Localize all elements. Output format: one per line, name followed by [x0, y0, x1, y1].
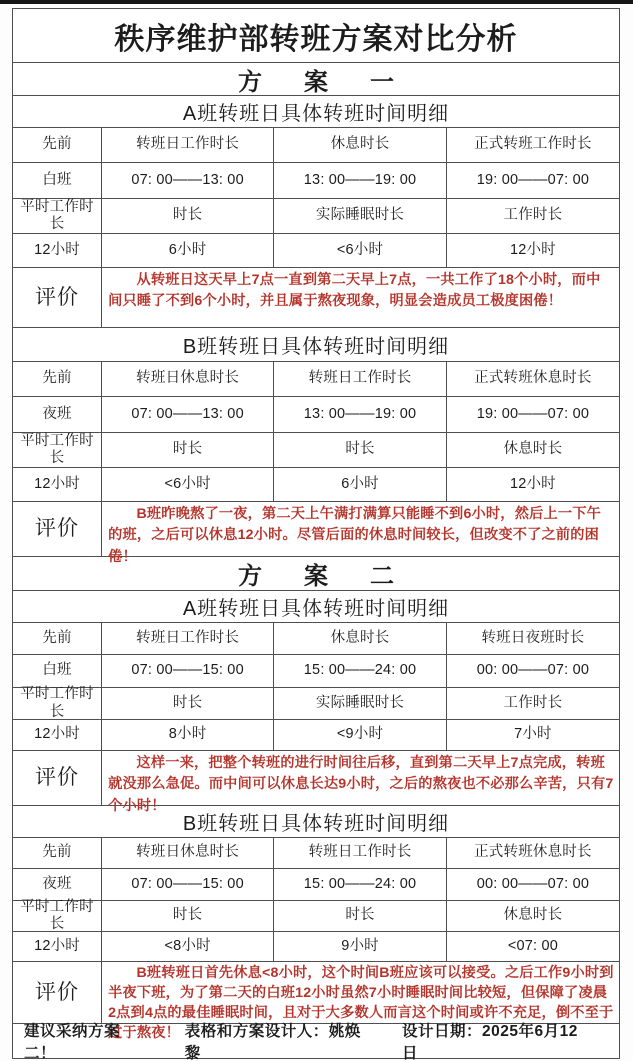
top-edge-bar — [0, 0, 633, 4]
table-cell: 时长 — [274, 433, 447, 467]
table-cell: 转班日休息时长 — [102, 838, 274, 868]
table-cell: 工作时长 — [447, 199, 619, 233]
table-cell: 休息时长 — [274, 128, 447, 162]
table-cell: 转班日工作时长 — [102, 128, 274, 162]
table-row: 先前 转班日工作时长 休息时长 正式转班工作时长 — [13, 128, 619, 163]
table-cell: 实际睡眠时长 — [274, 199, 447, 233]
comparison-table: 秩序维护部转班方案对比分析 方案一 A班转班日具体转班时间明细 先前 转班日工作… — [12, 8, 620, 1059]
table-row: 白班 07: 00——15: 00 15: 00——24: 00 00: 00—… — [13, 655, 619, 688]
footer-designer: 表格和方案设计人：姚焕黎 — [185, 1019, 372, 1061]
table-cell: <6小时 — [274, 234, 447, 267]
table-cell: 转班日工作时长 — [102, 623, 274, 654]
table-cell: 12小时 — [447, 468, 619, 501]
evaluation-label: 评价 — [13, 962, 102, 1023]
table-cell: 平时工作时长 — [13, 433, 102, 467]
table-cell: 12小时 — [13, 932, 102, 961]
table-row: 12小时 6小时 <6小时 12小时 — [13, 234, 619, 268]
table-cell: 7小时 — [447, 720, 619, 750]
evaluation-label: 评价 — [13, 268, 102, 327]
table-cell: 07: 00——15: 00 — [102, 869, 274, 900]
table-cell: <6小时 — [102, 468, 274, 501]
table-cell: 转班日工作时长 — [274, 838, 447, 868]
table-cell: 先前 — [13, 623, 102, 654]
table-row: 先前 转班日休息时长 转班日工作时长 正式转班休息时长 — [13, 838, 619, 869]
table-cell: 15: 00——24: 00 — [274, 869, 447, 900]
table-cell: 12小时 — [13, 234, 102, 267]
table-cell: 转班日夜班时长 — [447, 623, 619, 654]
table-cell: 8小时 — [102, 720, 274, 750]
evaluation-text: 从转班日这天早上7点一直到第二天早上7点，一共工作了18个小时，而中间只睡了不到… — [102, 268, 619, 327]
evaluation-row: 评价 B班转班日首先休息<8小时，这个时间B班应该可以接受。之后工作9小时到半夜… — [13, 962, 619, 1024]
table-row: 平时工作时长 时长 实际睡眠时长 工作时长 — [13, 688, 619, 720]
footer-date: 设计日期：2025年6月12日 — [402, 1019, 589, 1061]
evaluation-text: 这样一来，把整个转班的进行时间往后移，直到第二天早上7点完成，转班就没那么急促。… — [102, 751, 619, 805]
table-row: 12小时 <8小时 9小时 <07: 00 — [13, 932, 619, 962]
table-cell: 先前 — [13, 362, 102, 396]
table-row: 先前 转班日工作时长 休息时长 转班日夜班时长 — [13, 623, 619, 655]
table-cell: 时长 — [102, 688, 274, 719]
table-cell: 6小时 — [274, 468, 447, 501]
table-cell: 正式转班休息时长 — [447, 838, 619, 868]
table-cell: 休息时长 — [447, 433, 619, 467]
table-cell: 00: 00——07: 00 — [447, 655, 619, 687]
table-cell: 白班 — [13, 163, 102, 198]
table-row: 夜班 07: 00——15: 00 15: 00——24: 00 00: 00—… — [13, 869, 619, 901]
table-cell: 19: 00——07: 00 — [447, 397, 619, 432]
table-row: 先前 转班日休息时长 转班日工作时长 正式转班休息时长 — [13, 362, 619, 397]
table-row: 平时工作时长 时长 时长 休息时长 — [13, 901, 619, 932]
table-row: 平时工作时长 时长 时长 休息时长 — [13, 433, 619, 468]
table-cell: 休息时长 — [447, 901, 619, 931]
table-cell: <9小时 — [274, 720, 447, 750]
table-cell: 12小时 — [447, 234, 619, 267]
table-cell: 夜班 — [13, 869, 102, 900]
table-cell: 07: 00——15: 00 — [102, 655, 274, 687]
table-cell: 正式转班休息时长 — [447, 362, 619, 396]
table-cell: 15: 00——24: 00 — [274, 655, 447, 687]
table-cell: 白班 — [13, 655, 102, 687]
page-title: 秩序维护部转班方案对比分析 — [13, 9, 619, 63]
plan1-tableA-title: A班转班日具体转班时间明细 — [13, 96, 619, 128]
table-cell: 00: 00——07: 00 — [447, 869, 619, 900]
table-cell: <8小时 — [102, 932, 274, 961]
evaluation-text: B班转班日首先休息<8小时，这个时间B班应该可以接受。之后工作9小时到半夜下班，… — [102, 962, 619, 1023]
evaluation-row: 评价 B班昨晚熬了一夜，第二天上午满打满算只能睡不到6小时，然后上一下午的班，之… — [13, 502, 619, 557]
table-cell: 正式转班工作时长 — [447, 128, 619, 162]
table-cell: 12小时 — [13, 468, 102, 501]
evaluation-text-inner: 从转班日这天早上7点一直到第二天早上7点，一共工作了18个小时，而中间只睡了不到… — [108, 270, 614, 313]
table-row: 夜班 07: 00——13: 00 13: 00——19: 00 19: 00—… — [13, 397, 619, 433]
table-cell: 13: 00——19: 00 — [274, 397, 447, 432]
plan2-tableA-title: A班转班日具体转班时间明细 — [13, 591, 619, 623]
plan1-section-header: 方案一 — [13, 63, 619, 96]
evaluation-row: 评价 从转班日这天早上7点一直到第二天早上7点，一共工作了18个小时，而中间只睡… — [13, 268, 619, 328]
plan1-tableB-title: B班转班日具体转班时间明细 — [13, 328, 619, 362]
table-cell: 19: 00——07: 00 — [447, 163, 619, 198]
table-cell: 12小时 — [13, 720, 102, 750]
table-cell: 时长 — [274, 901, 447, 931]
footer-recommendation: 建议采纳方案二！ — [24, 1019, 149, 1061]
table-row: 12小时 8小时 <9小时 7小时 — [13, 720, 619, 751]
footer-row: 建议采纳方案二！ 表格和方案设计人：姚焕黎 设计日期：2025年6月12日 — [13, 1024, 619, 1058]
table-cell: 转班日工作时长 — [274, 362, 447, 396]
table-cell: 夜班 — [13, 397, 102, 432]
table-cell: 休息时长 — [274, 623, 447, 654]
table-cell: 9小时 — [274, 932, 447, 961]
table-cell: <07: 00 — [447, 932, 619, 961]
table-cell: 平时工作时长 — [13, 901, 102, 931]
table-cell: 工作时长 — [447, 688, 619, 719]
table-cell: 平时工作时长 — [13, 688, 102, 719]
table-cell: 6小时 — [102, 234, 274, 267]
evaluation-label: 评价 — [13, 751, 102, 805]
table-row: 平时工作时长 时长 实际睡眠时长 工作时长 — [13, 199, 619, 234]
table-cell: 时长 — [102, 901, 274, 931]
table-cell: 先前 — [13, 128, 102, 162]
table-cell: 07: 00——13: 00 — [102, 397, 274, 432]
table-cell: 平时工作时长 — [13, 199, 102, 233]
table-cell: 时长 — [102, 199, 274, 233]
evaluation-label: 评价 — [13, 502, 102, 556]
table-cell: 实际睡眠时长 — [274, 688, 447, 719]
evaluation-text: B班昨晚熬了一夜，第二天上午满打满算只能睡不到6小时，然后上一下午的班，之后可以… — [102, 502, 619, 556]
evaluation-row: 评价 这样一来，把整个转班的进行时间往后移，直到第二天早上7点完成，转班就没那么… — [13, 751, 619, 806]
table-cell: 转班日休息时长 — [102, 362, 274, 396]
table-cell: 时长 — [102, 433, 274, 467]
table-cell: 13: 00——19: 00 — [274, 163, 447, 198]
table-row: 白班 07: 00——13: 00 13: 00——19: 00 19: 00—… — [13, 163, 619, 199]
table-cell: 先前 — [13, 838, 102, 868]
table-cell: 07: 00——13: 00 — [102, 163, 274, 198]
table-row: 12小时 <6小时 6小时 12小时 — [13, 468, 619, 502]
